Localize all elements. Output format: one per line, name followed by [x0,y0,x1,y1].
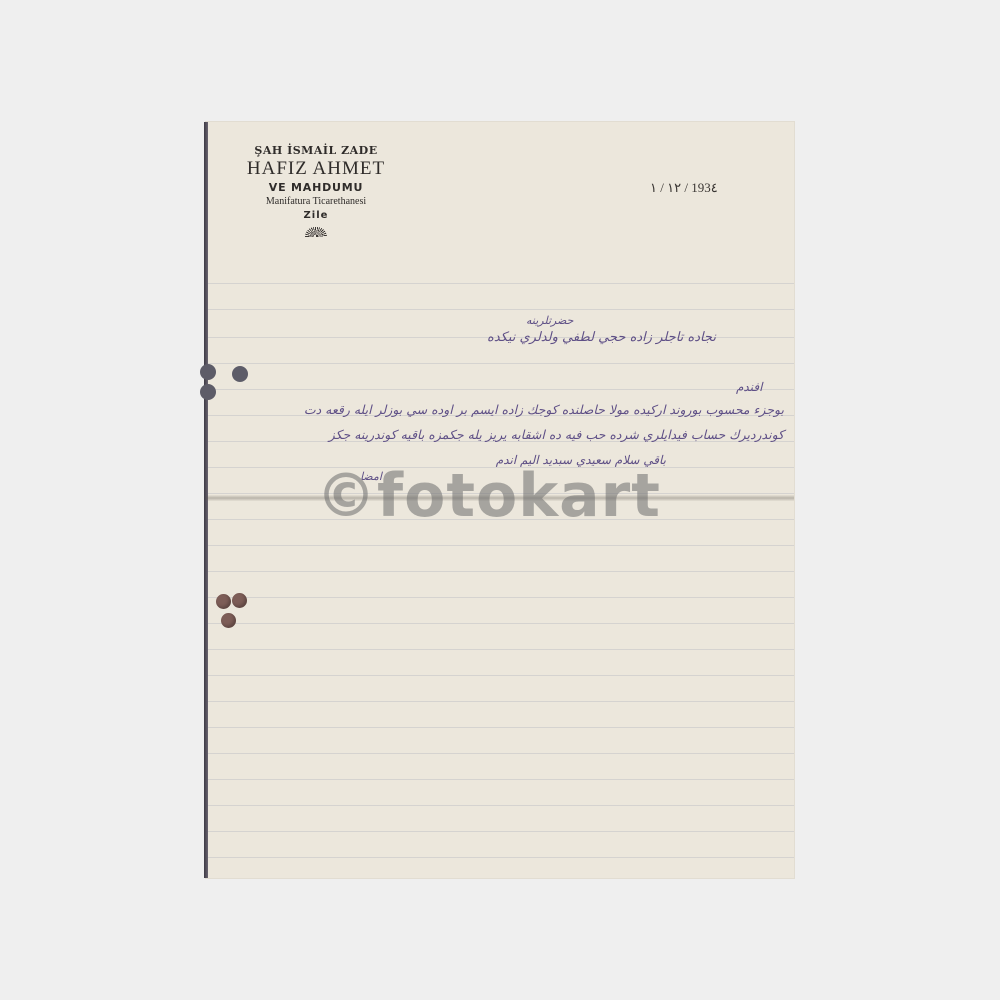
letterhead-family-name: ŞAH İSMAİL ZADE [226,144,406,157]
punch-hole [200,384,216,400]
salutation-efendim: افندم [736,380,762,394]
sunburst-icon [305,227,327,237]
punch-hole [216,594,231,609]
punch-hole [200,364,216,380]
letter-body-line-1: بوجزء محسوب بوروند اركيده مولا حاصلنده ك… [214,402,784,417]
letterhead: ŞAH İSMAİL ZADE HAFIZ AHMET VE MAHDUMU M… [226,144,406,237]
letterhead-company-name: HAFIZ AHMET [226,158,406,180]
punch-hole [232,366,248,382]
letterhead-business-type: Manifatura Ticarethanesi [226,196,406,207]
letter-body-line-2: كوندرديرك حساب فيدايلري شرده حب فيه ده ا… [212,427,784,442]
salutation-honorific: حضرتلرينه [526,314,573,327]
recipient-address: نجاده تاجلر زاده حجي لطفي ولدلري نيكده [316,330,716,345]
letter-date: ١٢ / ١ / 193٤ [650,180,718,196]
letterhead-and-son: VE MAHDUMU [226,181,406,194]
punch-hole [232,593,247,608]
punch-hole [221,613,236,628]
letterhead-city: Zile [226,210,406,221]
watermark: ©fotokart [316,466,661,526]
